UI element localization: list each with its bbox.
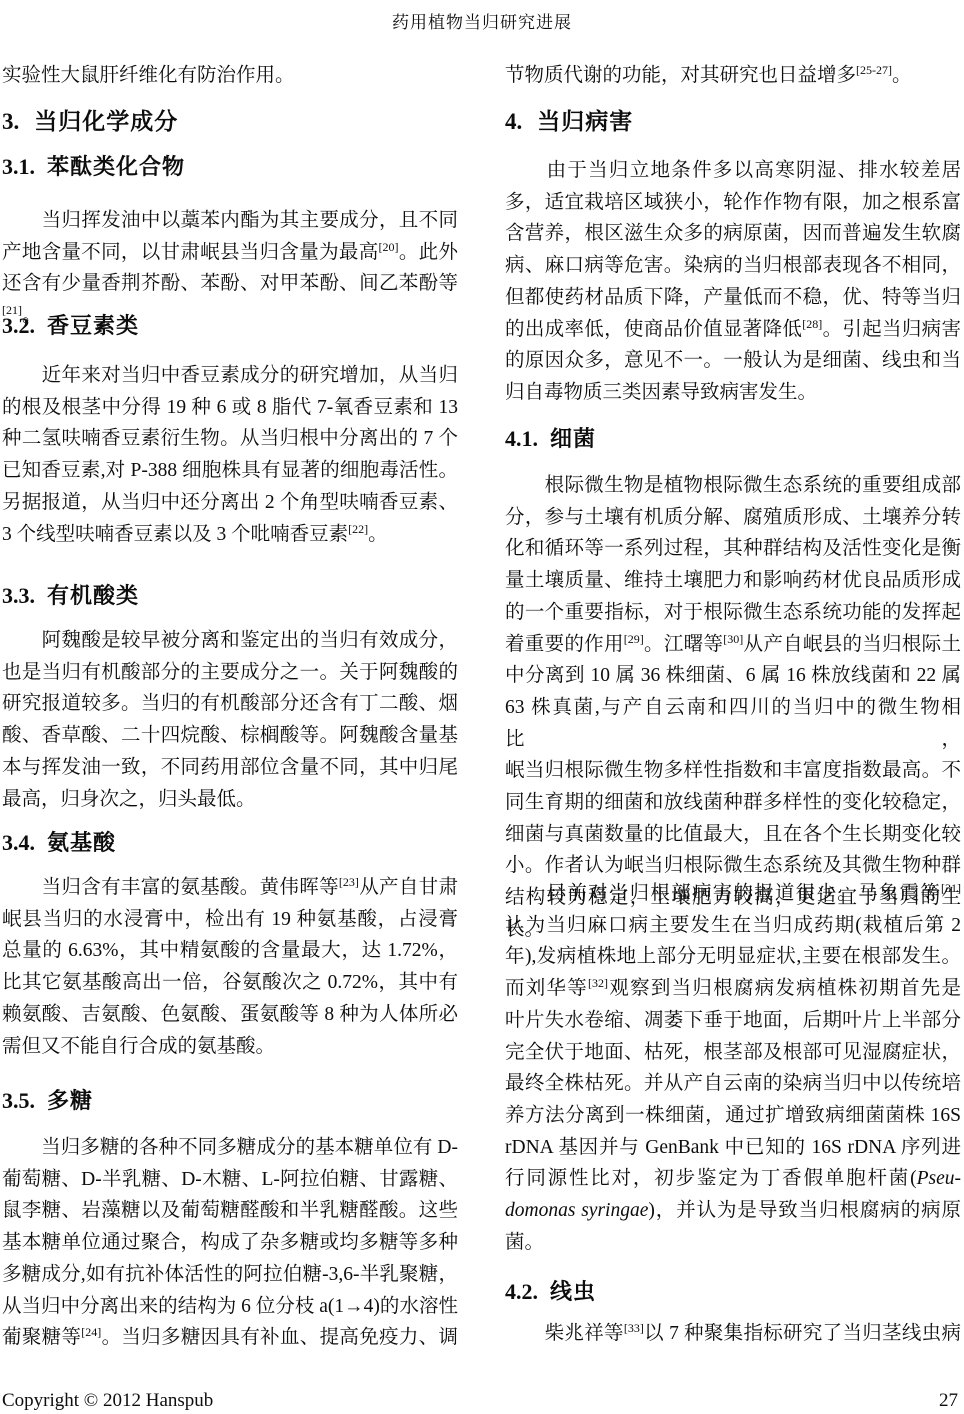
text-line: 葡萄糖、D-半乳糖、D-木糖、L-阿拉伯糖、甘露糖、 — [2, 1164, 458, 1196]
reference-superscript: [28] — [802, 317, 822, 331]
text-line: 酸、香草酸、二十四烷酸、棕榈酸等。阿魏酸含量基 — [2, 720, 458, 752]
reference-superscript: [31] — [941, 881, 961, 895]
text-line: 实验性大鼠肝纤维化有防治作用。 — [2, 60, 458, 92]
text-line: 种二氢呋喃香豆素衍生物。从当归根中分离出的 7 个 — [2, 423, 458, 455]
paragraph: 阿魏酸是较早被分离和鉴定出的当归有效成分，也是当归有机酸部分的主要成分之一。关于… — [2, 625, 458, 815]
text-line: 认为当归麻口病主要发生在当归成药期(栽植后第 2 — [505, 910, 961, 942]
heading-title: 苯酞类化合物 — [47, 154, 185, 179]
heading-title: 细菌 — [550, 426, 596, 451]
text-line: 的原因众多，意见不一。一般认为是细菌、线虫和当 — [505, 345, 961, 377]
text-line: 年),发病植株地上部分无明显症状,主要在根部发生。 — [505, 941, 961, 973]
paragraph: 当归含有丰富的氨基酸。黄伟晖等[23]从产自甘肃岷县当归的水浸膏中，检出有 19… — [2, 872, 458, 1062]
latin-species-name: Pseu- — [917, 1168, 961, 1189]
text-line: 比其它氨基酸高出一倍，谷氨酸次之 0.72%，其中有 — [2, 967, 458, 999]
text-line: 化和循环等一系列过程，其种群结构及活性变化是衡 — [505, 533, 961, 565]
heading-number: 4.2. — [505, 1279, 538, 1304]
text-line: 中分离到 10 属 36 株细菌、6 属 16 株放线菌和 22 属 — [505, 660, 961, 692]
paragraph: 近年来对当归中香豆素成分的研究增加，从当归的根及根茎中分得 19 种 6 或 8… — [2, 360, 458, 550]
text-line: 目前对当归根部病害的报道很少。马象震等[31] — [505, 878, 961, 910]
section-heading-3-2: 3.2.香豆素类 — [2, 311, 458, 340]
text-line: 也是当归有机酸部分的主要成分之一。关于阿魏酸的 — [2, 657, 458, 689]
text-line: 产地含量不同，以甘肃岷县当归含量为最高[20]。此外 — [2, 237, 458, 269]
section-heading-4-2: 4.2.线虫 — [505, 1277, 961, 1306]
text-line: 岷县当归的水浸膏中，检出有 19 种氨基酸，占浸膏 — [2, 904, 458, 936]
text-line: 同生育期的细菌和放线菌种群多样性的变化较稳定， — [505, 787, 961, 819]
heading-title: 氨基酸 — [47, 830, 116, 855]
text-line: 但都使药材品质下降，产量低而不稳，优、特等当归 — [505, 282, 961, 314]
text-line: 细菌与真菌数量的比值最大，且在各个生长期变化较 — [505, 819, 961, 851]
section-heading-3-3: 3.3.有机酸类 — [2, 581, 458, 610]
heading-title: 线虫 — [550, 1279, 596, 1304]
paragraph: 由于当归立地条件多以高寒阴湿、排水较差居多，适宜栽培区域狭小，轮作作物有限，加之… — [505, 155, 961, 409]
heading-number: 4. — [505, 109, 522, 134]
text-line: 完全伏于地面、枯死，根茎部及根部可见湿腐症状， — [505, 1037, 961, 1069]
heading-title: 当归病害 — [537, 108, 633, 134]
section-heading-4: 4.当归病害 — [505, 106, 961, 137]
heading-number: 3.3. — [2, 583, 35, 608]
text-line: domonas syringae)，并认为是导致当归根腐病的病原 — [505, 1195, 961, 1227]
reference-superscript: [24] — [81, 1325, 101, 1339]
text-line: 最高，归身次之，归头最低。 — [2, 784, 458, 816]
text-line: 从当归中分离出来的结构为 6 位分枝 a(1→4)的水溶性 — [2, 1291, 458, 1323]
text-line: 当归多糖的各种不同多糖成分的基本糖单位有 D- — [2, 1132, 458, 1164]
section-heading-3-1: 3.1.苯酞类化合物 — [2, 152, 458, 181]
reference-superscript: [32] — [588, 976, 608, 990]
reference-superscript: [29] — [624, 632, 644, 646]
heading-title: 有机酸类 — [47, 583, 139, 608]
heading-number: 3.2. — [2, 313, 35, 338]
reference-superscript: [30] — [723, 632, 743, 646]
section-heading-3-4: 3.4.氨基酸 — [2, 828, 458, 857]
text-line: 菌。 — [505, 1227, 961, 1259]
text-line: 归自毒物质三类因素导致病害发生。 — [505, 377, 961, 409]
heading-number: 4.1. — [505, 426, 538, 451]
footer-copyright: Copyright © 2012 Hanspub — [2, 1390, 213, 1412]
heading-title: 多糖 — [47, 1088, 93, 1113]
text-line: 需但又不能自行合成的氨基酸。 — [2, 1031, 458, 1063]
heading-title: 香豆素类 — [47, 313, 139, 338]
text-line: 叶片失水卷缩、凋萎下垂于地面，后期叶片上半部分 — [505, 1005, 961, 1037]
text-line: 研究报道较多。当归的有机酸部分还含有丁二酸、烟 — [2, 688, 458, 720]
reference-superscript: [33] — [624, 1321, 644, 1335]
reference-superscript: [22] — [348, 522, 368, 536]
latin-species-name: domonas syringae — [505, 1200, 648, 1221]
paragraph: 目前对当归根部病害的报道很少。马象震等[31]认为当归麻口病主要发生在当归成药期… — [505, 878, 961, 1258]
text-line: 量土壤质量、维持土壤肥力和影响药材优良品质形成 — [505, 565, 961, 597]
right-column: 节物质代谢的功能，对其研究也日益增多[25-27]。 4.当归病害 由于当归立地… — [505, 0, 961, 1414]
text-line: 当归挥发油中以藁苯内酯为其主要成分，且不同 — [2, 205, 458, 237]
text-line: 葡聚糖等[24]。当归多糖因具有补血、提高免疫力、调 — [2, 1322, 458, 1354]
paragraph: 当归多糖的各种不同多糖成分的基本糖单位有 D-葡萄糖、D-半乳糖、D-木糖、L-… — [2, 1132, 458, 1354]
text-line: 行同源性比对，初步鉴定为丁香假单胞杆菌(Pseu- — [505, 1163, 961, 1195]
heading-number: 3.4. — [2, 830, 35, 855]
text-line: 节物质代谢的功能，对其研究也日益增多[25-27]。 — [505, 60, 961, 92]
text-line: 的一个重要指标，对于根际微生态系统功能的发挥起 — [505, 597, 961, 629]
text-line: rDNA 基因并与 GenBank 中已知的 16S rDNA 序列进 — [505, 1132, 961, 1164]
text-line: 分，参与土壤有机质分解、腐殖质形成、土壤养分转 — [505, 502, 961, 534]
text-line: 阿魏酸是较早被分离和鉴定出的当归有效成分， — [2, 625, 458, 657]
text-line: 着重要的作用[29]。江曙等[30]从产自岷县的当归根际土 — [505, 629, 961, 661]
text-line: 根际微生物是植物根际微生态系统的重要组成部 — [505, 470, 961, 502]
text-line: 最终全株枯死。并从产自云南的染病当归中以传统培 — [505, 1068, 961, 1100]
section-heading-4-1: 4.1.细菌 — [505, 424, 961, 453]
paragraph: 根际微生物是植物根际微生态系统的重要组成部分，参与土壤有机质分解、腐殖质形成、土… — [505, 470, 961, 946]
text-line: 而刘华等[32]观察到当归根腐病发病植株初期首先是 — [505, 973, 961, 1005]
reference-superscript: [20] — [379, 240, 399, 254]
section-heading-3: 3.当归化学成分 — [2, 106, 458, 137]
text-line: 赖氨酸、吉氨酸、色氨酸、蛋氨酸等 8 种为人体所必 — [2, 999, 458, 1031]
text-line: 含营养，根区滋生众多的病原菌，因而普遍发生软腐 — [505, 218, 961, 250]
text-line: 多糖成分,如有抗补体活性的阿拉伯糖-3,6-半乳聚糖， — [2, 1259, 458, 1291]
heading-number: 3.1. — [2, 154, 35, 179]
paragraph: 柴兆祥等[33]以 7 种聚集指标研究了当归茎线虫病 — [505, 1318, 961, 1350]
text-line: 总量的 6.63%，其中精氨酸的含量最大，达 1.72%， — [2, 935, 458, 967]
text-line: 基本糖单位通过聚合，构成了杂多糖或均多糖等多种 — [2, 1227, 458, 1259]
text-line: 3 个线型呋喃香豆素以及 3 个吡喃香豆素[22]。 — [2, 519, 458, 551]
left-column: 实验性大鼠肝纤维化有防治作用。 3.当归化学成分 3.1.苯酞类化合物 当归挥发… — [2, 0, 458, 1414]
text-line: 的出成率低，使商品价值显著降低[28]。引起当归病害 — [505, 314, 961, 346]
paragraph-continuation: 实验性大鼠肝纤维化有防治作用。 — [2, 60, 458, 92]
text-line: 鼠李糖、岩藻糖以及葡萄糖醛酸和半乳糖醛酸。这些 — [2, 1195, 458, 1227]
text-line: 柴兆祥等[33]以 7 种聚集指标研究了当归茎线虫病 — [505, 1318, 961, 1350]
text-line: 另据报道，从当归中还分离出 2 个角型呋喃香豆素、 — [2, 487, 458, 519]
text-line: 的根及根茎中分得 19 种 6 或 8 脂代 7-氧香豆素和 13 — [2, 392, 458, 424]
reference-superscript: [23] — [339, 875, 359, 889]
text-line: 病、麻口病等危害。染病的当归根部表现各不相同， — [505, 250, 961, 282]
heading-title: 当归化学成分 — [34, 108, 178, 134]
text-line: 63 株真菌,与产自云南和四川的当归中的微生物相比， — [505, 692, 961, 755]
section-heading-3-5: 3.5.多糖 — [2, 1086, 458, 1115]
text-line: 已知香豆素,对 P-388 细胞株具有显著的细胞毒活性。 — [2, 455, 458, 487]
text-line: 多，适宜栽培区域狭小，轮作作物有限，加之根系富 — [505, 187, 961, 219]
reference-superscript: [25-27] — [856, 63, 892, 77]
text-line: 岷当归根际微生物多样性指数和丰富度指数最高。不 — [505, 755, 961, 787]
paragraph-continuation: 节物质代谢的功能，对其研究也日益增多[25-27]。 — [505, 60, 961, 92]
text-line: 当归含有丰富的氨基酸。黄伟晖等[23]从产自甘肃 — [2, 872, 458, 904]
heading-number: 3.5. — [2, 1088, 35, 1113]
text-line: 由于当归立地条件多以高寒阴湿、排水较差居 — [505, 155, 961, 187]
text-line: 养方法分离到一株细菌，通过扩增致病细菌菌株 16S — [505, 1100, 961, 1132]
text-line: 本与挥发油一致，不同药用部位含量不同，其中归尾 — [2, 752, 458, 784]
page-number: 27 — [939, 1390, 958, 1412]
heading-number: 3. — [2, 109, 19, 134]
text-line: 近年来对当归中香豆素成分的研究增加，从当归 — [2, 360, 458, 392]
